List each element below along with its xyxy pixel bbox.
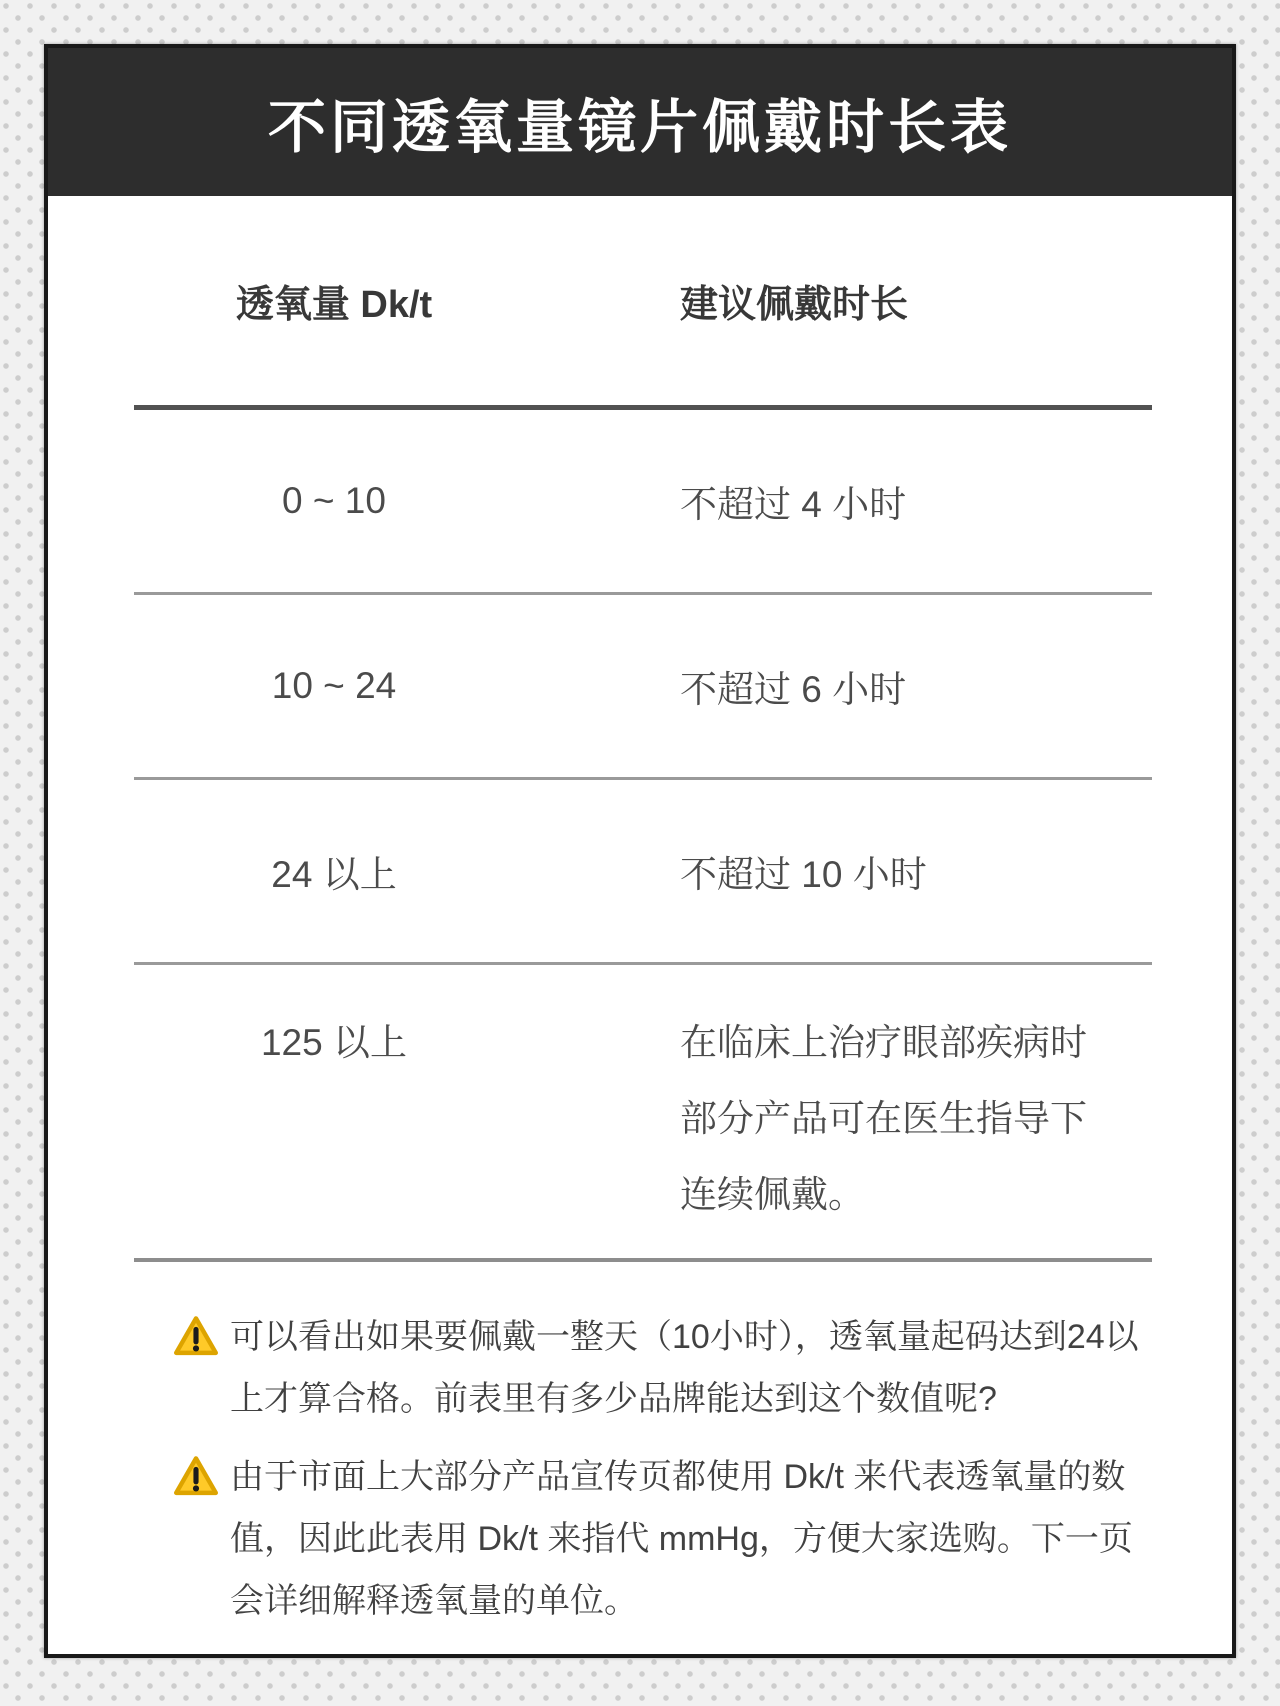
duration-line: 连续佩戴。 <box>680 1157 1152 1233</box>
card-header: 不同透氧量镜片佩戴时长表 <box>48 48 1232 196</box>
duration-line: 在临床上治疗眼部疾病时 <box>680 1005 1152 1081</box>
page-background: 不同透氧量镜片佩戴时长表 透氧量 Dk/t 建议佩戴时长 0 ~ 10 不超过 … <box>0 0 1280 1706</box>
note-line: 会详细解释透氧量的单位。 <box>230 1570 1133 1632</box>
note-item: 可以看出如果要佩戴一整天（10小时），透氧量起码达到24以 上才算合格。前表里有… <box>172 1306 1172 1430</box>
duration-cell: 在临床上治疗眼部疾病时 部分产品可在医生指导下 连续佩戴。 <box>534 1005 1152 1233</box>
page-title: 不同透氧量镜片佩戴时长表 <box>268 80 1012 164</box>
note-text: 由于市面上大部分产品宣传页都使用 Dk/t 来代表透氧量的数 值，因此此表用 D… <box>230 1446 1133 1632</box>
column-header-dk: 透氧量 Dk/t <box>134 273 534 328</box>
note-line: 由于市面上大部分产品宣传页都使用 Dk/t 来代表透氧量的数 <box>230 1446 1133 1508</box>
dk-cell: 24 以上 <box>134 844 534 898</box>
duration-cell: 不超过 10 小时 <box>534 844 1152 898</box>
warning-icon <box>172 1314 220 1358</box>
dk-cell: 10 ~ 24 <box>134 665 534 707</box>
note-line: 上才算合格。前表里有多少品牌能达到这个数值呢? <box>230 1368 1139 1430</box>
wear-duration-table: 透氧量 Dk/t 建议佩戴时长 0 ~ 10 不超过 4 小时 10 ~ 24 … <box>48 196 1232 1262</box>
table-row: 10 ~ 24 不超过 6 小时 <box>134 595 1152 777</box>
note-line: 可以看出如果要佩戴一整天（10小时），透氧量起码达到24以 <box>230 1306 1139 1368</box>
notes-section: 可以看出如果要佩戴一整天（10小时），透氧量起码达到24以 上才算合格。前表里有… <box>48 1262 1232 1632</box>
table-header-row: 透氧量 Dk/t 建议佩戴时长 <box>134 196 1152 405</box>
table-row: 125 以上 在临床上治疗眼部疾病时 部分产品可在医生指导下 连续佩戴。 <box>134 965 1152 1258</box>
table-row: 24 以上 不超过 10 小时 <box>134 780 1152 962</box>
duration-cell: 不超过 6 小时 <box>534 659 1152 713</box>
table-row: 0 ~ 10 不超过 4 小时 <box>134 410 1152 592</box>
infographic-card: 不同透氧量镜片佩戴时长表 透氧量 Dk/t 建议佩戴时长 0 ~ 10 不超过 … <box>44 44 1236 1658</box>
column-header-duration: 建议佩戴时长 <box>534 273 1152 328</box>
note-text: 可以看出如果要佩戴一整天（10小时），透氧量起码达到24以 上才算合格。前表里有… <box>230 1306 1139 1430</box>
dk-cell: 125 以上 <box>134 1005 534 1081</box>
duration-cell: 不超过 4 小时 <box>534 474 1152 528</box>
dk-cell: 0 ~ 10 <box>134 480 534 522</box>
note-line: 值，因此此表用 Dk/t 来指代 mmHg，方便大家选购。下一页 <box>230 1508 1133 1570</box>
note-item: 由于市面上大部分产品宣传页都使用 Dk/t 来代表透氧量的数 值，因此此表用 D… <box>172 1446 1172 1632</box>
warning-icon <box>172 1454 220 1498</box>
duration-line: 部分产品可在医生指导下 <box>680 1081 1152 1157</box>
